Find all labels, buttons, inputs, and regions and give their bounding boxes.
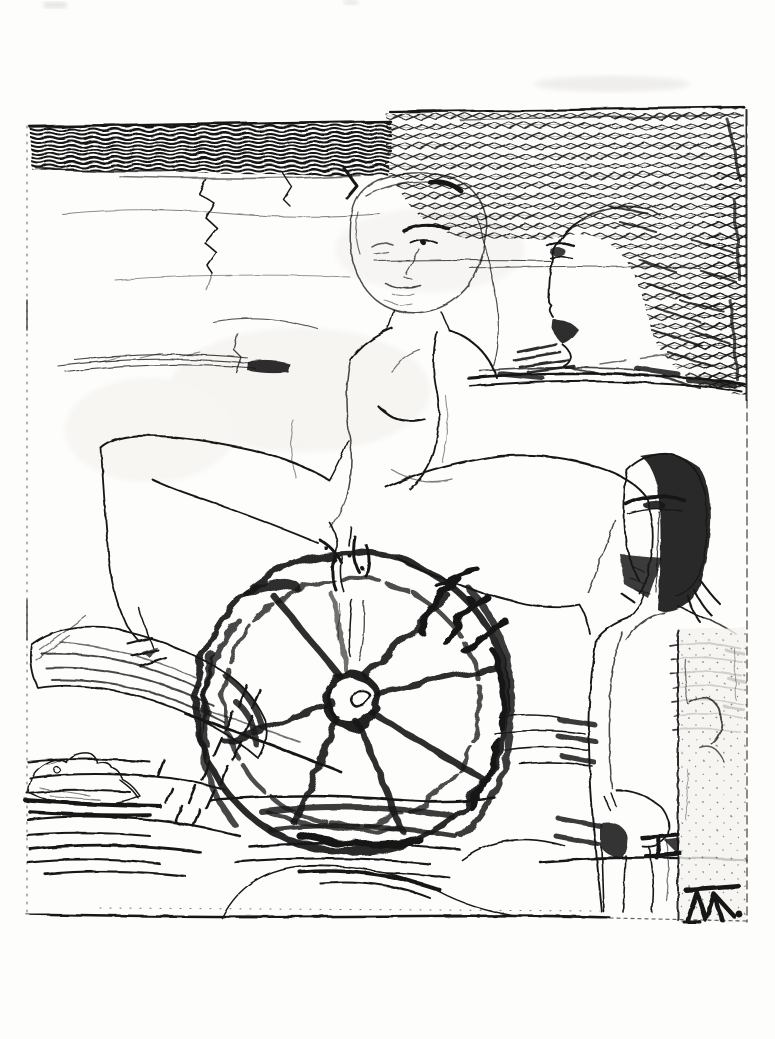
- etching-artwork: [0, 0, 775, 1039]
- scanned-print-photo: [0, 0, 775, 1039]
